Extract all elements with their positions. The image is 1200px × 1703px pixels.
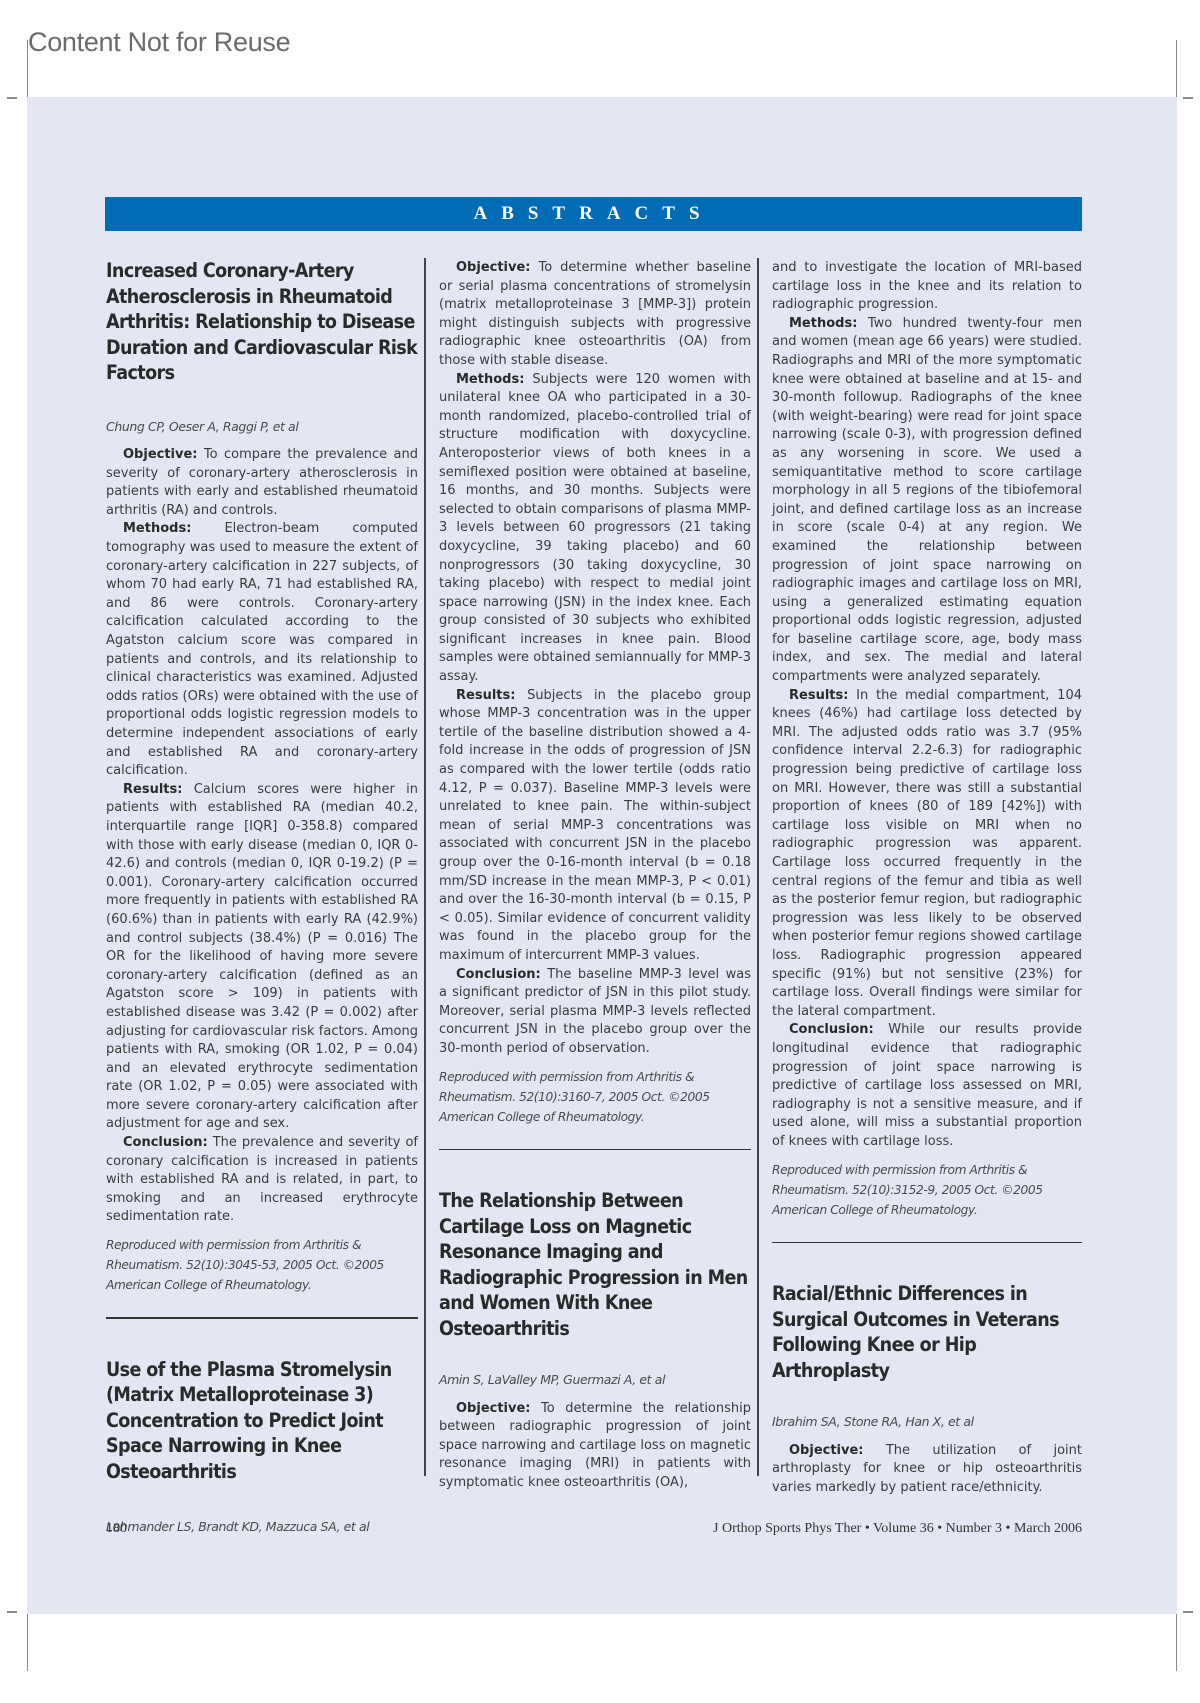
abstract-objective: Objective: To determine the relationship…: [439, 1400, 751, 1493]
article-authors: Amin S, LaValley MP, Guermazi A, et al: [439, 1371, 751, 1390]
article-authors: Ibrahim SA, Stone RA, Han X, et al: [772, 1413, 1082, 1432]
article-title: Racial/Ethnic Differences in Surgical Ou…: [772, 1281, 1082, 1383]
abstract-methods: Methods: Electron-beam computed tomograp…: [106, 520, 418, 780]
article-separator: [772, 1242, 1082, 1244]
article-separator: [106, 1317, 418, 1319]
abstract-results: Results: Calcium scores were higher in p…: [106, 781, 418, 1134]
abstract-objective: Objective: The utilization of joint arth…: [772, 1442, 1082, 1498]
abstract-methods: Methods: Subjects were 120 women with un…: [439, 371, 751, 687]
section-banner: ABSTRACTS: [105, 197, 1082, 231]
abstract-results: Results: In the medial compartment, 104 …: [772, 687, 1082, 1022]
column-1: Increased Coronary-Artery Atherosclerosi…: [106, 258, 418, 1537]
article-title: Use of the Plasma Stromelysin (Matrix Me…: [106, 1357, 418, 1485]
crop-mark: [27, 1614, 28, 1671]
journal-citation: J Orthop Sports Phys Ther • Volume 36 • …: [713, 1521, 1082, 1537]
reprint-credit: Reproduced with permission from Arthriti…: [106, 1235, 418, 1295]
abstract-objective: Objective: To compare the prevalence and…: [106, 446, 418, 520]
reprint-credit: Reproduced with permission from Arthriti…: [439, 1067, 751, 1127]
crop-mark: [7, 97, 17, 99]
abstract-methods: Methods: Two hundred twenty-four men and…: [772, 315, 1082, 687]
article-authors: Lohmander LS, Brandt KD, Mazzuca SA, et …: [106, 1518, 418, 1537]
crop-mark: [1183, 1611, 1193, 1613]
abstract-objective: Objective: To determine whether baseline…: [439, 259, 751, 371]
abstract-conclusion: Conclusion: The prevalence and severity …: [106, 1134, 418, 1227]
column-3: and to investigate the location of MRI-b…: [772, 259, 1082, 1497]
abstract-results: Results: Subjects in the placebo group w…: [439, 687, 751, 966]
crop-mark: [1176, 40, 1177, 97]
abstract-objective-continued: and to investigate the location of MRI-b…: [772, 259, 1082, 315]
abstract-conclusion: Conclusion: While our results provide lo…: [772, 1021, 1082, 1151]
reprint-credit: Reproduced with permission from Arthriti…: [772, 1160, 1082, 1220]
crop-mark: [7, 1611, 17, 1613]
crop-mark: [1176, 1614, 1177, 1671]
watermark: Content Not for Reuse: [28, 27, 290, 58]
article-title: The Relationship Between Cartilage Loss …: [439, 1188, 751, 1341]
column-divider: [424, 258, 426, 1476]
crop-mark: [1183, 97, 1193, 99]
abstract-conclusion: Conclusion: The baseline MMP-3 level was…: [439, 966, 751, 1059]
article-title: Increased Coronary-Artery Atherosclerosi…: [106, 258, 418, 386]
page-number: 180: [106, 1521, 127, 1537]
article-authors: Chung CP, Oeser A, Raggi P, et al: [106, 418, 418, 437]
article-separator: [439, 1149, 751, 1151]
column-divider: [757, 258, 759, 1476]
column-2: Objective: To determine whether baseline…: [439, 259, 751, 1493]
